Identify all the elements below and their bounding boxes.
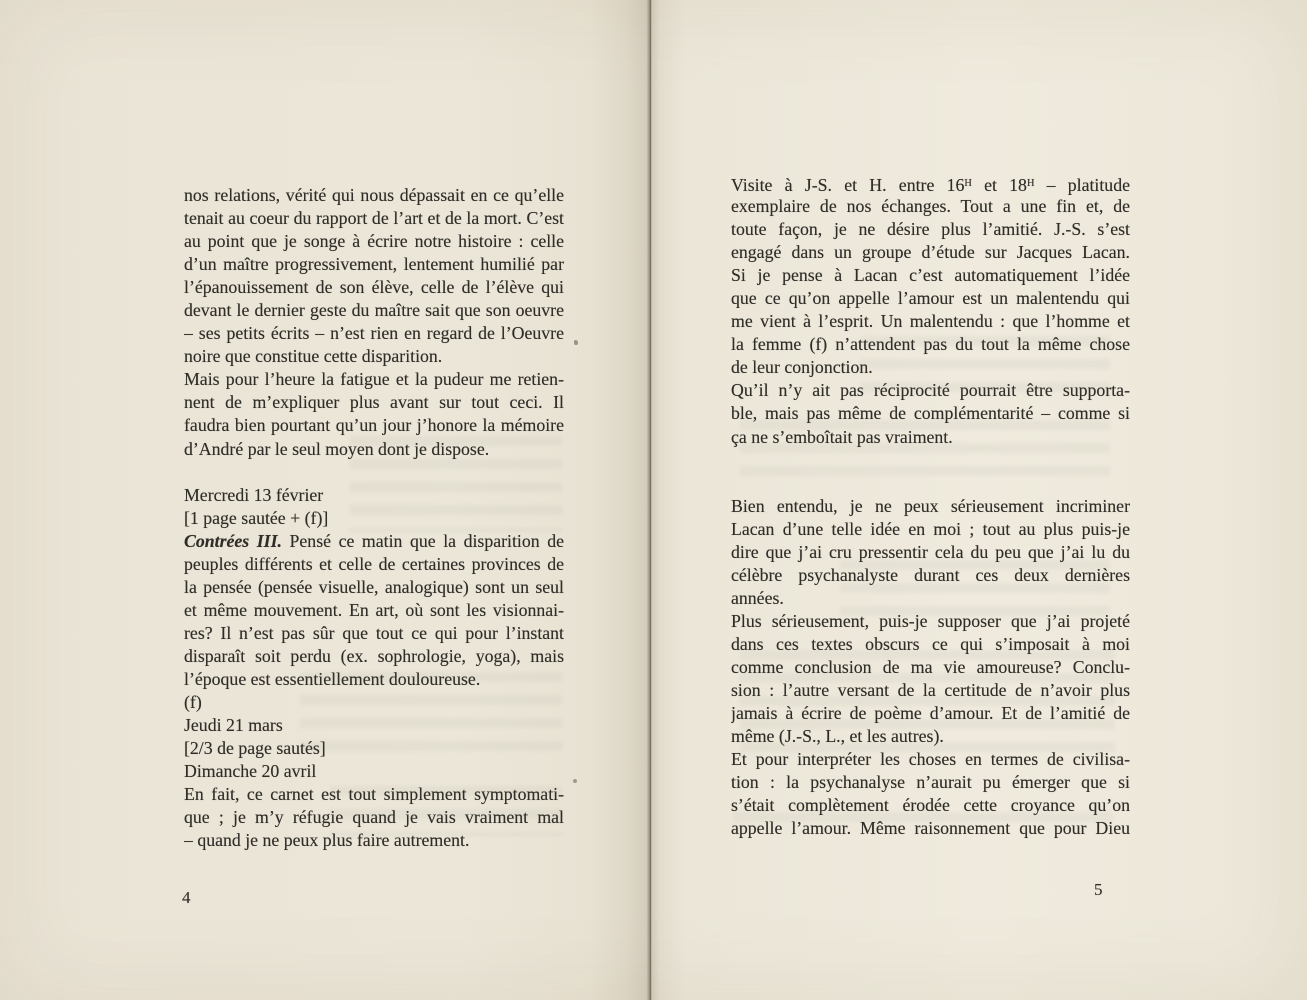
text-line: Si je pense à Lacan c’est automatiquemen…	[731, 264, 1130, 287]
text-line: que ce qu’on appelle l’amour est un male…	[731, 287, 1130, 310]
text-line: – ses petits écrits – n’est rien en rega…	[184, 322, 564, 345]
text-line: au point que je songe à écrire notre his…	[184, 230, 564, 253]
text-line: Lacan d’une telle idée en moi ; tout au …	[731, 518, 1130, 541]
text-line: devant le dernier geste du maître sait q…	[184, 299, 564, 322]
text-line: années.	[731, 587, 1130, 610]
text-line: Bien entendu, je ne peux sérieusement in…	[731, 495, 1130, 518]
text-line: exemplaire de nos échanges. Tout a une f…	[731, 195, 1130, 218]
text-line: d’André par le seul moyen dont je dispos…	[184, 438, 564, 461]
text-line: comme conclusion de ma vie amoureuse? Co…	[731, 656, 1130, 679]
page-left-text-column: nos relations, vérité qui nous dépassait…	[184, 184, 564, 852]
scan-speck	[574, 340, 578, 345]
text-line: dire que j’ai cru pressentir cela du peu…	[731, 541, 1130, 564]
text-line: appelle l’amour. Même raisonnement que p…	[731, 817, 1130, 840]
text-line: l’épanouissement de son élève, celle de …	[184, 276, 564, 299]
text-line: Et pour interpréter les choses en termes…	[731, 748, 1130, 771]
text-line: nos relations, vérité qui nous dépassait…	[184, 184, 564, 207]
blank-line	[731, 472, 1130, 495]
text-line: disparaît soit perdu (ex. sophrologie, y…	[184, 645, 564, 668]
text-line: nent de m’expliquer plus avant sur tout …	[184, 391, 564, 414]
text-line: ble, mais pas même de complémentarité – …	[731, 402, 1130, 425]
text-line: s’était complètement érodée cette croyan…	[731, 794, 1130, 817]
text-line: Mercredi 13 février	[184, 484, 564, 507]
text-line: ça ne s’emboîtait pas vraiment.	[731, 426, 1130, 449]
text-line: et même mouvement. En art, où sont les v…	[184, 599, 564, 622]
text-line: En fait, ce carnet est tout simplement s…	[184, 783, 564, 806]
text-line: même (J.-S., L., et les autres).	[731, 725, 1130, 748]
text-line: Plus sérieusement, puis-je supposer que …	[731, 610, 1130, 633]
text-line: que ; je m’y réfugie quand je vais vraim…	[184, 806, 564, 829]
blank-line	[184, 461, 564, 484]
text-line: la pensée (pensée visuelle, analogique) …	[184, 576, 564, 599]
text-line: Qu’il n’y ait pas réciprocité pourrait ê…	[731, 379, 1130, 402]
text-line: jamais à écrire de poème d’amour. Et de …	[731, 702, 1130, 725]
text-line: l’époque est essentiellement douloureuse…	[184, 668, 564, 691]
text-line: toute façon, je ne désire plus l’amitié.…	[731, 218, 1130, 241]
text-line: [2/3 de page sautés]	[184, 737, 564, 760]
text-line: – quand je ne peux plus faire autrement.	[184, 829, 564, 852]
text-line: Dimanche 20 avril	[184, 760, 564, 783]
page-right-text-column: Visite à J-S. et H. entre 16H et 18H – p…	[731, 172, 1130, 840]
page-gutter-fold	[590, 0, 710, 1000]
scan-speck	[573, 779, 577, 783]
text-line: dans ces textes obscurs ce qui s’imposai…	[731, 633, 1130, 656]
text-line: Contrées III. Pensé ce matin que la disp…	[184, 530, 564, 553]
text-line: tion : la psychanalyse n’aurait pu émerg…	[731, 771, 1130, 794]
blank-line	[731, 449, 1130, 472]
text-line: tenait au coeur du rapport de l’art et d…	[184, 207, 564, 230]
page-number-left: 4	[182, 888, 191, 908]
text-line: célèbre psychanalyste durant ces deux de…	[731, 564, 1130, 587]
text-line: peuples différents et celle de certaines…	[184, 553, 564, 576]
text-line: faudra bien pourtant qu’un jour j’honore…	[184, 414, 564, 437]
text-line: [1 page sautée + (f)]	[184, 507, 564, 530]
text-line: me vient à l’esprit. Un malentendu : que…	[731, 310, 1130, 333]
page-number-right: 5	[1094, 880, 1103, 900]
text-line: (f)	[184, 691, 564, 714]
text-line: sion : l’autre versant de la certitude d…	[731, 679, 1130, 702]
text-line: la femme (f) n’attendent pas du tout la …	[731, 333, 1130, 356]
text-line: Visite à J-S. et H. entre 16H et 18H – p…	[731, 172, 1130, 195]
scanned-book-spread: nos relations, vérité qui nous dépassait…	[0, 0, 1307, 1000]
text-line: d’un maître progressivement, lentement h…	[184, 253, 564, 276]
text-line: Mais pour l’heure la fatigue et la pudeu…	[184, 368, 564, 391]
text-line: engagé dans un groupe d’étude sur Jacque…	[731, 241, 1130, 264]
text-line: Jeudi 21 mars	[184, 714, 564, 737]
text-line: noire que constitue cette disparition.	[184, 345, 564, 368]
text-line: de leur conjonction.	[731, 356, 1130, 379]
text-line: res? Il n’est pas sûr que tout ce qui po…	[184, 622, 564, 645]
